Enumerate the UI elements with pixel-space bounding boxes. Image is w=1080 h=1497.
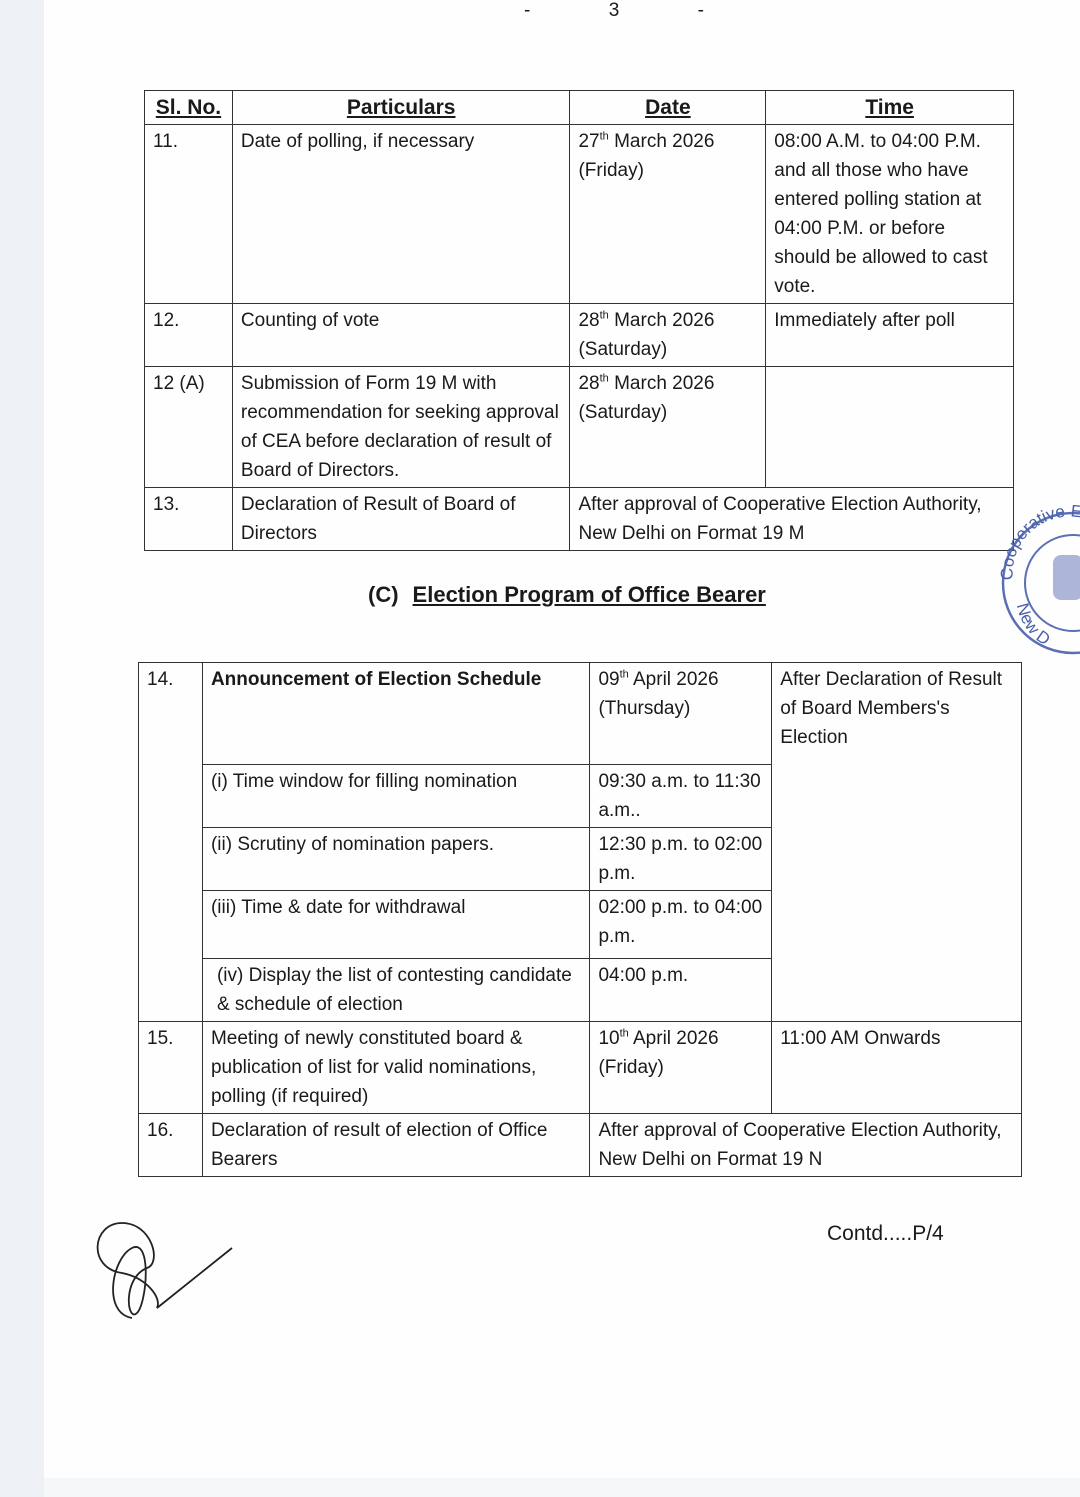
schedule-table-office-bearer: 14. Announcement of Election Schedule 09… [138,662,1022,1177]
bottom-strip [44,1478,1080,1497]
seal-stamp-icon: Cooperative Elec New D [995,505,1080,655]
table-row: 16. Declaration of result of election of… [139,1114,1022,1177]
table-row: 12 (A) Submission of Form 19 M with reco… [145,367,1014,488]
signature-icon [92,1218,242,1328]
table-row: 12. Counting of vote 28th March 2026(Sat… [145,304,1014,367]
table-row: 14. Announcement of Election Schedule 09… [139,663,1022,765]
section-heading: (C)Election Program of Office Bearer [368,582,766,608]
table-row: 11. Date of polling, if necessary 27th M… [145,125,1014,304]
table-row: 13. Declaration of Result of Board of Di… [145,488,1014,551]
schedule-table-board: Sl. No. Particulars Date Time 11. Date o… [144,90,1014,551]
continuation-note: Contd.....P/4 [827,1222,944,1246]
table-header: Sl. No. Particulars Date Time [145,91,1014,125]
table-row: 15. Meeting of newly constituted board &… [139,1022,1022,1114]
page-number: -3- [524,0,704,22]
